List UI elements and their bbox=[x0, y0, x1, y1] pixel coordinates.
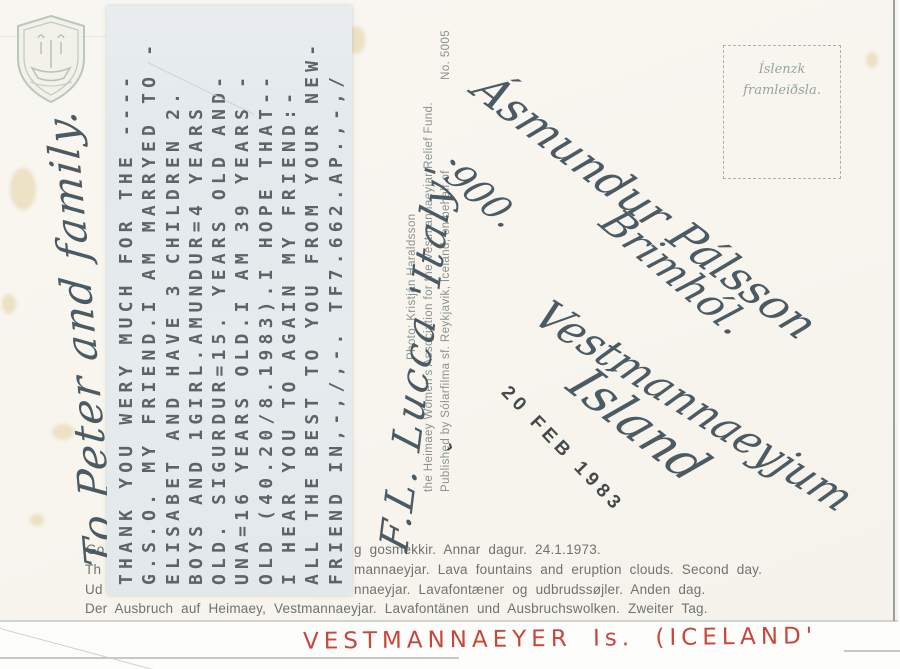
typed-line: ELISABET AND HAVE 3 CHILDREN 2. bbox=[162, 0, 185, 585]
stain bbox=[30, 514, 44, 526]
card-right-edge bbox=[893, 0, 895, 621]
stain bbox=[866, 52, 878, 68]
typed-line: BOYS AND 1GIRL.AMUNDUR=4 YEARS bbox=[185, 0, 208, 585]
typed-line: FRIEND IN,-,/,-. TF7.662.AP.,-,/ bbox=[325, 0, 348, 585]
typed-line: OLD (40.20/8.1983).I HOPE THAT-- bbox=[255, 0, 278, 585]
typed-line: G.S.O. MY FRIEND.I AM MARRYED TO - bbox=[138, 0, 161, 585]
typed-line: I HEAR YOU TO AGAIN MY FRIEND:- bbox=[278, 0, 301, 585]
stamp-placement-box: Íslenzk framleiðsla. bbox=[723, 45, 841, 179]
caption-english-fragment-right: mannaeyjar. Lava fountains and eruption … bbox=[354, 562, 762, 577]
location-note-red: VESTMANNAEYER Is. (ICELAND' bbox=[303, 623, 817, 654]
scanner-line-left bbox=[0, 657, 459, 659]
typed-line: ALL THE BEST TO YOU FROM YOUR NEW- bbox=[301, 0, 324, 585]
card-bottom-edge bbox=[0, 620, 898, 622]
typed-message-strip: THANK YOU WERY MUCH FOR THE ---- G.S.O. … bbox=[107, 6, 352, 595]
postcard-scan: Go g gosmekkir. Annar dagur. 24.1.1973. … bbox=[0, 0, 900, 669]
stamp-box-text-line2: framleiðsla. bbox=[724, 81, 840, 100]
typed-line: UNA=16 YEARS OLD.I AM 39 YEARS - bbox=[231, 0, 254, 585]
typed-line: THANK YOU WERY MUCH FOR THE ---- bbox=[115, 0, 138, 585]
card-corner-line bbox=[0, 628, 159, 669]
vestmannaeyjar-coat-of-arms-icon bbox=[14, 12, 88, 106]
caption-danish-fragment-left: Ud bbox=[85, 582, 103, 597]
card-number: No. 5005 bbox=[438, 30, 455, 80]
typed-message-text: THANK YOU WERY MUCH FOR THE ---- G.S.O. … bbox=[107, 0, 355, 591]
caption-german: Der Ausbruch auf Heimaey, Vestmannaeyjar… bbox=[85, 601, 708, 616]
stain bbox=[2, 294, 16, 314]
scanner-line-right bbox=[844, 650, 900, 652]
caption-danish-fragment-right: nnaeyjar. Lavafontæner og udbrudssøjler.… bbox=[354, 582, 705, 597]
typed-line: OLD. SIGURDUR=15. YEARS OLD AND- bbox=[208, 0, 231, 585]
stain bbox=[10, 168, 36, 210]
stamp-box-text-line1: Íslenzk bbox=[724, 60, 840, 79]
